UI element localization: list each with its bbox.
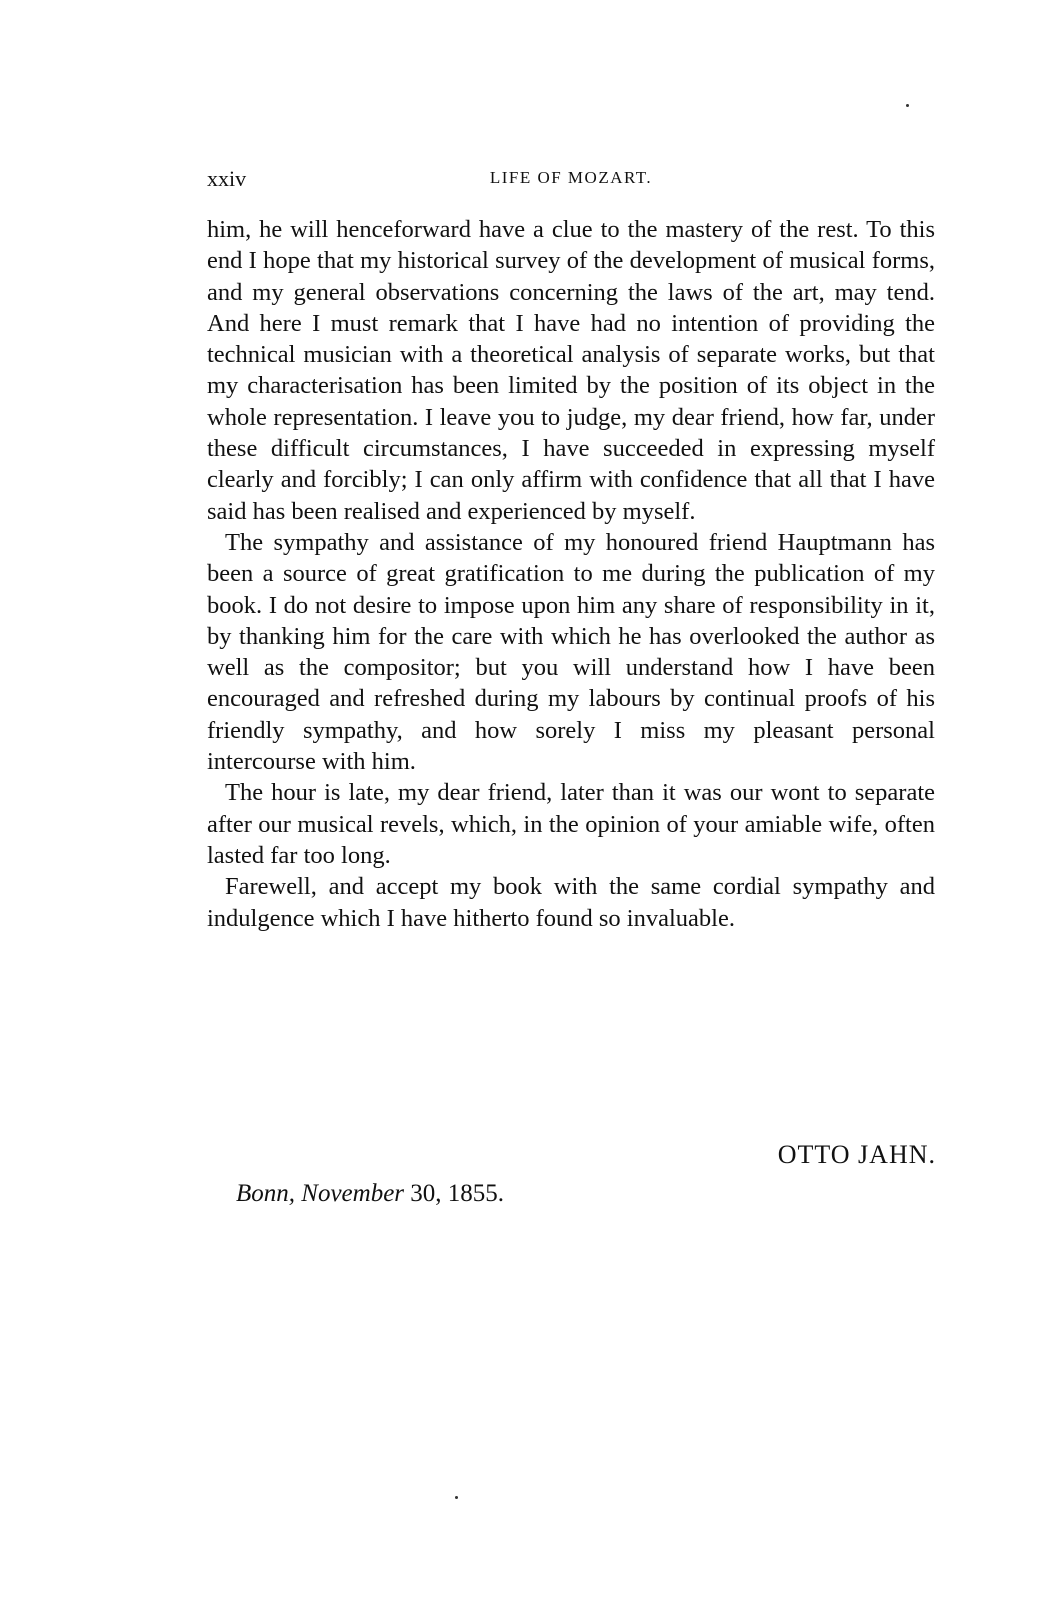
running-title: LIFE OF MOZART. [207, 168, 935, 188]
author-signature: OTTO JAHN. [778, 1140, 936, 1170]
paragraph-2: The sympathy and assistance of my honour… [207, 527, 935, 777]
paragraph-1: him, he will henceforward have a clue to… [207, 214, 935, 527]
body-text: him, he will henceforward have a clue to… [207, 214, 935, 934]
dateline-day-year: 30, 1855. [410, 1180, 504, 1207]
scan-speck [906, 104, 909, 107]
paragraph-3: The hour is late, my dear friend, later … [207, 777, 935, 871]
running-head: xxiv LIFE OF MOZART. [207, 166, 935, 196]
dateline-place-month: Bonn, November [236, 1180, 404, 1207]
paragraph-4: Farewell, and accept my book with the sa… [207, 871, 935, 934]
scan-speck [455, 1496, 458, 1499]
dateline: Bonn, November 30, 1855. [236, 1180, 504, 1208]
